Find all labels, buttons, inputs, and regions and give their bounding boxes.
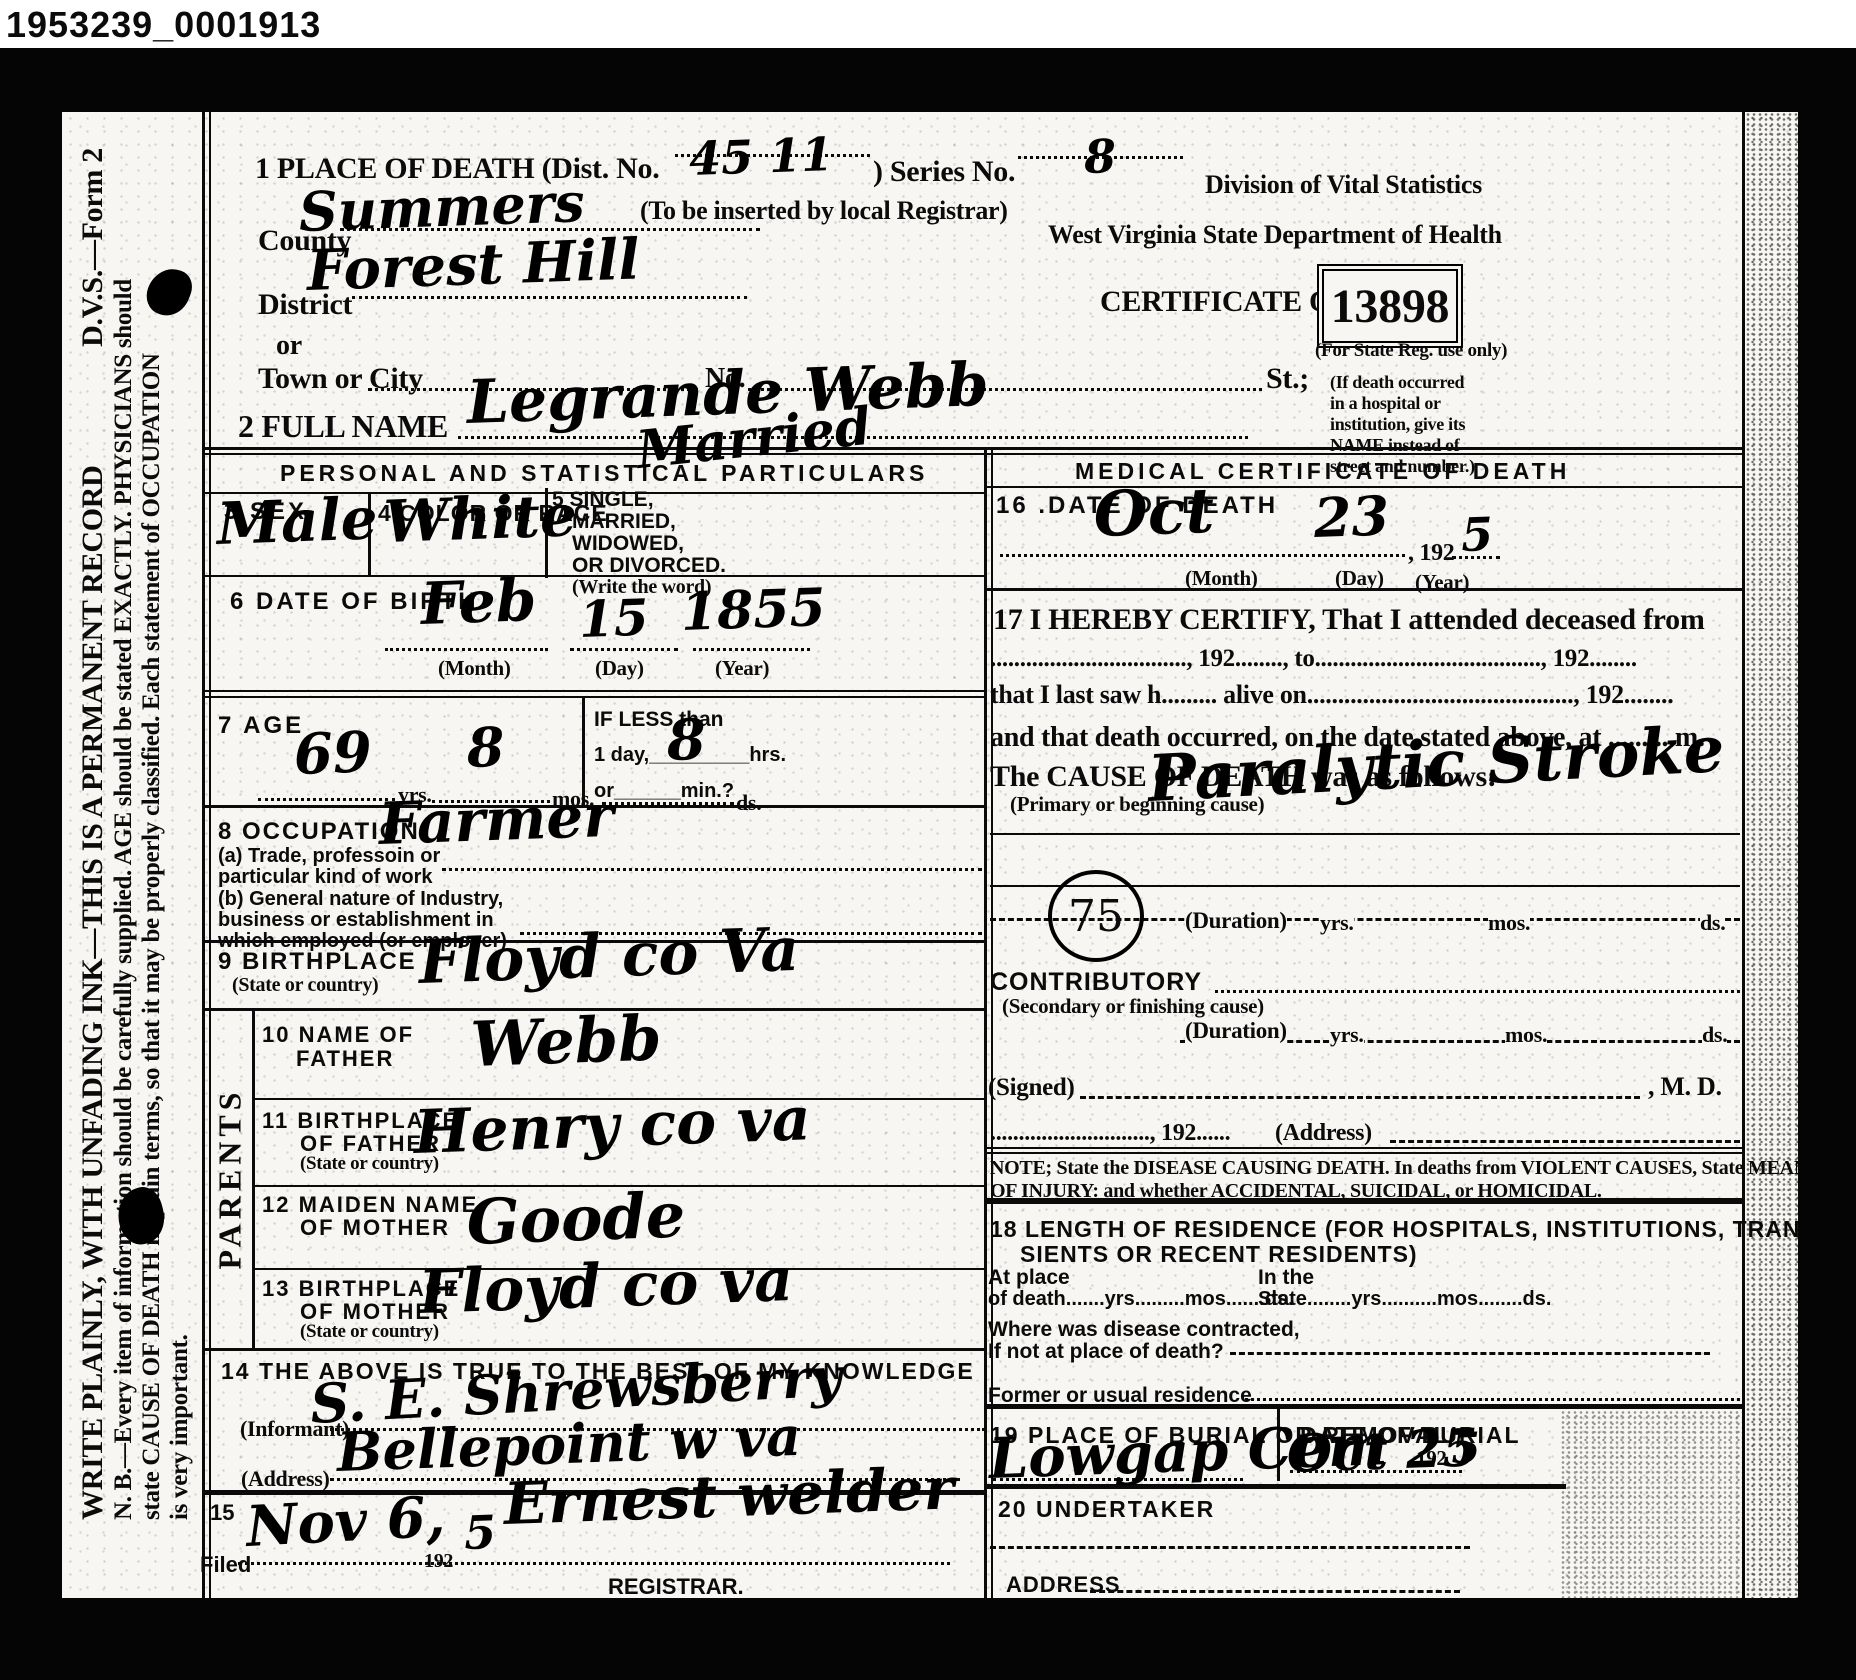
age-label: 7 AGE [218, 712, 304, 740]
at-place-label2: of death.......yrs.........mos.......ds. [988, 1288, 1294, 1311]
contributory-label: CONTRIBUTORY [990, 968, 1202, 997]
contracted-label2: If not at place of death? [988, 1340, 1224, 1364]
scan-edge-noise [1745, 112, 1798, 1598]
district-value: Forest Hill [306, 226, 641, 304]
division-title: Division of Vital Statistics [1205, 170, 1482, 200]
filed-line [238, 1562, 950, 1565]
scan-band-top [0, 48, 1856, 112]
mother-maiden-label2: OF MOTHER [300, 1215, 450, 1241]
certificate-number: 13898 [1331, 279, 1450, 334]
death-month-value: Oct [1092, 474, 1215, 551]
full-name-label: 2 FULL NAME [238, 408, 448, 445]
scan-corner-noise [1560, 1410, 1745, 1598]
dob-year-caption: (Year) [715, 656, 769, 681]
row-rule [204, 696, 986, 698]
sign-date-line: ............................, 192...... [990, 1120, 1230, 1147]
certificate-number-box: 13898 [1317, 264, 1463, 348]
residence-line1: 18 LENGTH OF RESIDENCE (FOR HOSPITALS, I… [990, 1216, 1809, 1243]
registrar-label: REGISTRAR. [608, 1574, 744, 1600]
circled-number: 75 [1048, 870, 1144, 962]
duration-yrs: yrs. [1320, 910, 1354, 936]
occupation-value: Farmer [378, 782, 615, 858]
signed-label: (Signed) [988, 1074, 1075, 1102]
note-rule [986, 1147, 1744, 1149]
residence-line2: SIENTS OR RECENT RESIDENTS) [1020, 1241, 1418, 1268]
father-birthplace-value: Henry co va [413, 1084, 812, 1168]
if-less-line3: or______min.? [594, 780, 734, 803]
dob-month-caption: (Month) [438, 656, 511, 681]
dob-month-line [385, 648, 548, 651]
department-title: West Virginia State Department of Health [1048, 220, 1502, 250]
sign-address-line [1390, 1140, 1740, 1143]
dob-year-value: 1855 [680, 577, 827, 643]
occupation-b1: (b) General nature of Industry, [218, 888, 503, 911]
age-days-value: 8 [666, 707, 707, 774]
town-city-label: Town or City [258, 362, 423, 396]
margin-line4: is very important. [166, 148, 194, 1520]
father-name-label2: FATHER [296, 1046, 394, 1072]
death-year-hw: 5 [1460, 507, 1494, 562]
occupation-a2: particular kind of work [218, 866, 432, 889]
in-the-label2: State........yrs..........mos........ds. [1258, 1288, 1551, 1311]
filed-year-printed: 192 [424, 1550, 453, 1573]
former-residence-line [1245, 1398, 1740, 1401]
md-label: , M. D. [1648, 1072, 1722, 1102]
death-month-caption: (Month) [1185, 566, 1258, 591]
contracted-label1: Where was disease contracted, [988, 1318, 1300, 1342]
race-value: White [383, 481, 578, 556]
form-left-border-inner [209, 112, 211, 1598]
form-left-border [202, 112, 205, 1598]
item-15-label: 15 [210, 1500, 234, 1526]
dob-month-value: Feb [420, 566, 538, 638]
birthplace-note: (State or country) [232, 974, 378, 997]
dob-year-line [693, 648, 810, 651]
former-residence-label: Former or usual residence [988, 1384, 1252, 1408]
death-date-line [1000, 554, 1405, 557]
undertaker-address-label: ADDRESS [1006, 1572, 1121, 1598]
row-rule [204, 1348, 986, 1351]
certify-line3: that I last saw h......... alive on.....… [990, 680, 1673, 710]
sign-address-label: (Address) [1275, 1120, 1372, 1147]
duration2-ds: ds. [1702, 1022, 1727, 1048]
dob-day-value: 15 [578, 588, 650, 649]
margin-line1: WRITE PLAINLY, WITH UNFADING INK—THIS IS… [76, 148, 110, 1520]
contracted-line [1230, 1352, 1710, 1355]
marital-label-4: OR DIVORCED. [572, 554, 726, 578]
undertaker-label: 20 UNDERTAKER [998, 1496, 1215, 1523]
margin-line2: N. B.—Every item of information should b… [110, 148, 138, 1520]
death-year-printed: , 192 [1408, 540, 1455, 567]
duration-mos: mos. [1488, 910, 1530, 936]
at-place-label1: At place [988, 1266, 1070, 1290]
parents-divider [252, 1010, 255, 1348]
state-reg-note: (For State Reg. use only) [1315, 340, 1507, 362]
margin-form-number: D.V.S.—Form 2 [76, 148, 110, 347]
death-year-caption: (Year) [1415, 570, 1469, 595]
birthplace-value: Floyd co Va [418, 915, 801, 998]
age-yrs-line [258, 798, 395, 801]
scan-id-label: 1953239_0001913 [6, 4, 321, 46]
series-no-value: 8 [1083, 129, 1117, 184]
parents-label: PARENTS [212, 1029, 249, 1329]
marital-label-2: MARRIED, [572, 510, 676, 534]
undertaker-address-line [1090, 1590, 1460, 1593]
series-note: (To be inserted by local Registrar) [640, 196, 1008, 226]
street-label: St.; [1266, 362, 1309, 396]
personal-section-title: PERSONAL AND STATISTICAL PARTICULARS [280, 460, 928, 487]
in-the-label1: In the [1258, 1266, 1314, 1290]
margin-instructions: WRITE PLAINLY, WITH UNFADING INK—THIS IS… [76, 148, 194, 1520]
note-line1: NOTE; State the DISEASE CAUSING DEATH. I… [990, 1157, 1819, 1180]
age-years-value: 69 [293, 719, 373, 788]
death-day-caption: (Day) [1335, 566, 1384, 591]
scan-band-bottom [0, 1598, 1856, 1680]
section-rule [204, 447, 1744, 450]
center-divider [984, 447, 987, 1598]
duration2-mos: mos. [1505, 1022, 1547, 1048]
margin-write-plainly: WRITE PLAINLY, WITH UNFADING INK—THIS IS… [76, 466, 110, 1520]
or-label: or [276, 330, 302, 362]
sex-value: Male [216, 484, 379, 558]
scan-band-right [1798, 48, 1856, 1680]
note-rule [986, 1152, 1744, 1154]
series-no-label: ) Series No. [873, 155, 1015, 189]
duration-label: (Duration) [1185, 908, 1287, 934]
marital-label-3: WIDOWED, [572, 532, 684, 556]
informant-address-label: (Address) [241, 1466, 330, 1492]
filed-year-hw: 5 [463, 1505, 497, 1560]
mother-maiden-value: Goode [465, 1178, 686, 1259]
section-rule [204, 453, 1744, 455]
birthplace-label: 9 BIRTHPLACE [218, 948, 417, 976]
contributory-line [1215, 990, 1740, 993]
margin-line3: state CAUSE OF DEATH in plain terms, so … [138, 148, 166, 1520]
cause-line [990, 833, 1740, 835]
mother-birthplace-value: Floyd co va [418, 1245, 795, 1328]
contributory-note: (Secondary or finishing cause) [1002, 994, 1264, 1019]
occupation-a-line [442, 868, 982, 871]
age-days-label: ds. [736, 790, 761, 816]
father-name-label1: 10 NAME OF [262, 1022, 414, 1048]
mother-birthplace-note: (State or country) [300, 1321, 439, 1343]
signed-line [1080, 1096, 1640, 1099]
duration-ds: ds. [1700, 910, 1725, 936]
duration2-yrs: yrs. [1330, 1022, 1364, 1048]
note-line2: OF INJURY: and whether ACCIDENTAL, SUICI… [990, 1180, 1602, 1203]
filed-date-value: Nov 6, [245, 1484, 447, 1560]
circled-number-value: 75 [1068, 891, 1124, 942]
scanned-death-certificate: 1953239_0001913 WRITE PLAINLY, WITH UNFA… [0, 0, 1856, 1680]
undertaker-line [990, 1546, 1470, 1549]
father-name-value: Webb [469, 1001, 662, 1081]
duration2-label: (Duration) [1185, 1018, 1287, 1044]
death-day-value: 23 [1313, 483, 1390, 550]
row-rule [204, 690, 986, 692]
certify-line2: ................................., 192..… [990, 645, 1637, 673]
district-number-value: 45 11 [688, 127, 834, 186]
filed-label: Filed [200, 1552, 251, 1578]
burial-year-hw: 5 [1450, 1423, 1481, 1473]
age-months-value: 8 [466, 715, 506, 780]
certify-line1: 17 I HEREBY CERTIFY, That I attended dec… [993, 603, 1705, 637]
scan-band-left [0, 48, 62, 1680]
dob-day-caption: (Day) [595, 656, 644, 681]
